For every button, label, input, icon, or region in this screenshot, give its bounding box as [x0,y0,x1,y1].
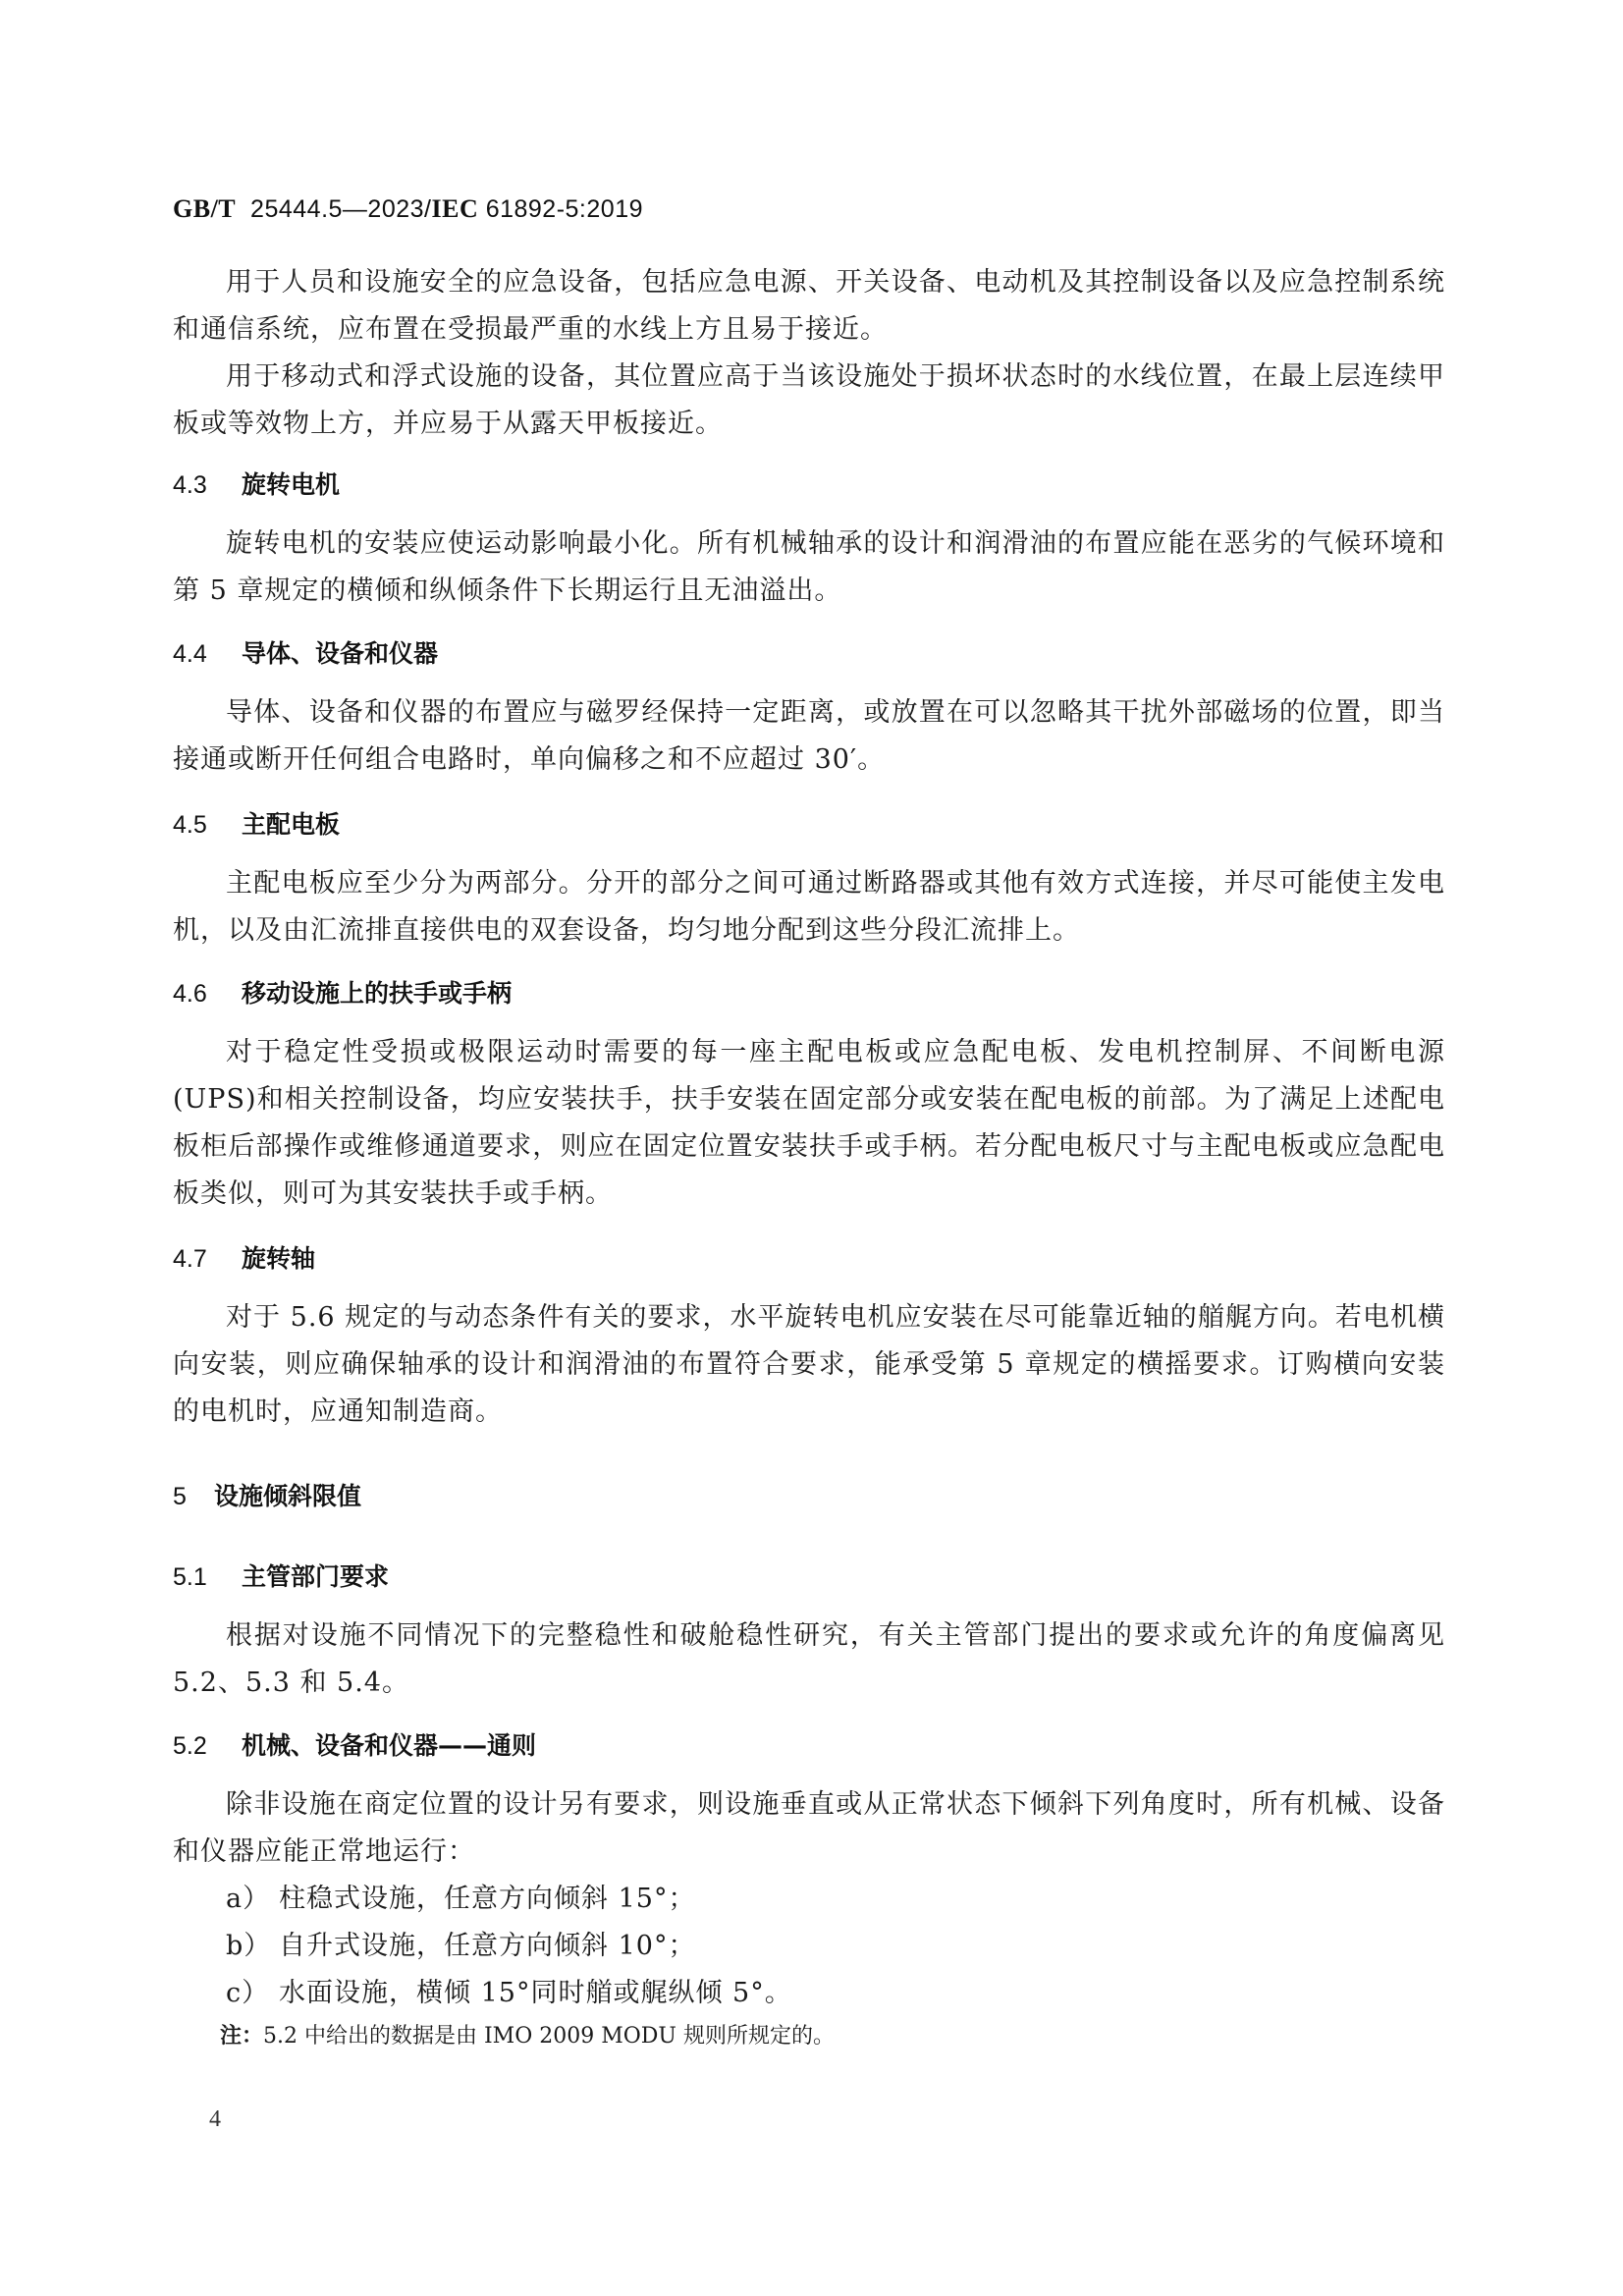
section-4-4-body: 导体、设备和仪器的布置应与磁罗经保持一定距离，或放置在可以忽略其干扰外部磁场的位… [173,689,1445,784]
section-paragraph: 根据对设施不同情况下的完整稳性和破舱稳性研究，有关主管部门提出的要求或允许的角度… [173,1613,1445,1707]
section-number: 4.6 [173,980,242,1009]
section-paragraph: 除非设施在商定位置的设计另有要求，则设施垂直或从正常状态下倾斜下列角度时，所有机… [173,1781,1445,1876]
section-4-4: 4.4导体、设备和仪器 [173,634,1445,670]
note-label: 注： [220,2024,263,2049]
section-heading: 4.3旋转电机 [173,465,1445,501]
note-text: 5.2 中给出的数据是由 IMO 2009 MODU 规则所规定的。 [263,2024,835,2049]
page-number: 4 [209,2106,221,2133]
section-paragraph: 对于 5.6 规定的与动态条件有关的要求，水平旋转电机应安装在尽可能靠近轴的艏艉… [173,1294,1445,1436]
section-heading: 4.6移动设施上的扶手或手柄 [173,974,1445,1010]
list-marker: c） [226,1970,279,2017]
chapter-heading: 5设施倾斜限值 [173,1477,1445,1512]
section-number: 4.4 [173,640,242,669]
section-title: 主管部门要求 [242,1562,389,1591]
list-text: 自升式设施，任意方向倾斜 10°； [279,1931,695,1961]
intro-section: 用于人员和设施安全的应急设备，包括应急电源、开关设备、电动机及其控制设备以及应急… [173,259,1445,448]
section-heading: 4.4导体、设备和仪器 [173,634,1445,670]
note: 注：5.2 中给出的数据是由 IMO 2009 MODU 规则所规定的。 [173,2019,1445,2050]
section-number: 4.5 [173,811,242,840]
intro-paragraph-2: 用于移动式和浮式设施的设备，其位置应高于当该设施处于损坏状态时的水线位置，在最上… [173,354,1445,448]
standard-prefix: GB/T [173,194,236,223]
section-4-5-body: 主配电板应至少分为两部分。分开的部分之间可通过断路器或其他有效方式连接，并尽可能… [173,860,1445,955]
section-4-3: 4.3旋转电机 [173,465,1445,501]
section-heading: 5.2机械、设备和仪器——通则 [173,1726,1445,1762]
section-paragraph: 导体、设备和仪器的布置应与磁罗经保持一定距离，或放置在可以忽略其干扰外部磁场的位… [173,689,1445,784]
section-5-1: 5.1主管部门要求 [173,1558,1445,1593]
section-5-1-body: 根据对设施不同情况下的完整稳性和破舱稳性研究，有关主管部门提出的要求或允许的角度… [173,1613,1445,1707]
list-text: 柱稳式设施，任意方向倾斜 15°； [279,1884,695,1914]
section-number: 4.3 [173,471,242,500]
section-title: 主配电板 [242,810,340,839]
section-heading: 5.1主管部门要求 [173,1558,1445,1593]
section-title: 旋转电机 [242,470,340,499]
document-page: GB/T 25444.5—2023/IEC 61892-5:2019 用于人员和… [0,0,1623,2296]
section-title: 导体、设备和仪器 [242,639,438,668]
section-paragraph: 主配电板应至少分为两部分。分开的部分之间可通过断路器或其他有效方式连接，并尽可能… [173,860,1445,955]
section-5-2: 5.2机械、设备和仪器——通则 [173,1726,1445,1762]
section-4-6: 4.6移动设施上的扶手或手柄 [173,974,1445,1010]
section-5-2-body: 除非设施在商定位置的设计另有要求，则设施垂直或从正常状态下倾斜下列角度时，所有机… [173,1781,1445,2050]
list-item-c: c）水面设施，横倾 15°同时艏或艉纵倾 5°。 [173,1970,1445,2017]
section-4-6-body: 对于稳定性受损或极限运动时需要的每一座主配电板或应急配电板、发电机控制屏、不间断… [173,1029,1445,1218]
section-4-7-body: 对于 5.6 规定的与动态条件有关的要求，水平旋转电机应安装在尽可能靠近轴的艏艉… [173,1294,1445,1436]
list-text: 水面设施，横倾 15°同时艏或艉纵倾 5°。 [279,1978,792,2008]
chapter-5: 5设施倾斜限值 [173,1477,1445,1512]
section-number: 4.7 [173,1245,242,1274]
chapter-title: 设施倾斜限值 [214,1482,361,1510]
standard-header: GB/T 25444.5—2023/IEC 61892-5:2019 [173,194,643,224]
section-title: 旋转轴 [242,1244,315,1273]
intro-paragraph-1: 用于人员和设施安全的应急设备，包括应急电源、开关设备、电动机及其控制设备以及应急… [173,259,1445,354]
section-paragraph: 对于稳定性受损或极限运动时需要的每一座主配电板或应急配电板、发电机控制屏、不间断… [173,1029,1445,1218]
list-marker: b） [226,1923,279,1970]
iec-number: 61892-5:2019 [486,195,643,223]
section-number: 5.1 [173,1563,242,1592]
section-number: 5.2 [173,1732,242,1761]
chapter-number: 5 [173,1483,214,1511]
section-heading: 4.5主配电板 [173,805,1445,841]
list-marker: a） [226,1876,279,1923]
section-4-7: 4.7旋转轴 [173,1239,1445,1275]
section-title: 机械、设备和仪器——通则 [242,1731,536,1760]
section-heading: 4.7旋转轴 [173,1239,1445,1275]
iec-prefix: IEC [431,194,478,223]
standard-number: 25444.5—2023/ [250,195,431,223]
section-title: 移动设施上的扶手或手柄 [242,979,512,1008]
section-4-5: 4.5主配电板 [173,805,1445,841]
list-item-b: b）自升式设施，任意方向倾斜 10°； [173,1923,1445,1970]
section-paragraph: 旋转电机的安装应使运动影响最小化。所有机械轴承的设计和润滑油的布置应能在恶劣的气… [173,520,1445,615]
list-item-a: a）柱稳式设施，任意方向倾斜 15°； [173,1876,1445,1923]
section-4-3-body: 旋转电机的安装应使运动影响最小化。所有机械轴承的设计和润滑油的布置应能在恶劣的气… [173,520,1445,615]
